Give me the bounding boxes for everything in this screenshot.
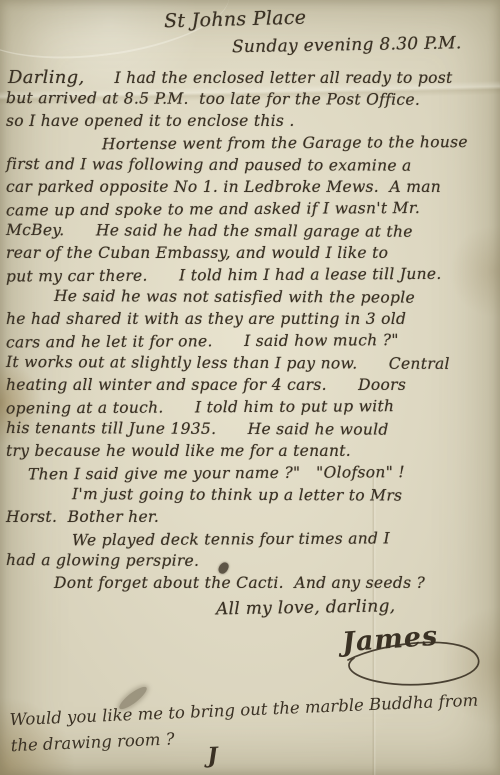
letter-line: had a glowing perspire. <box>6 549 492 573</box>
address-line: St Johns Place <box>164 2 492 33</box>
letter-line: but arrived at 8.5 P.M. too late for the… <box>6 87 492 111</box>
letter-line: rear of the Cuban Embassy, and would I l… <box>6 242 492 264</box>
letter-line: I'm just going to think up a letter to M… <box>72 483 492 507</box>
letter-line: opening at a touch. I told him to put up… <box>6 395 492 420</box>
letter-line: Hortense went from the Garage to the hou… <box>102 131 492 155</box>
letter-line: his tenants till June 1935. He said he w… <box>6 417 492 441</box>
letter-line: put my car there. I told him I had a lea… <box>6 263 492 288</box>
closing-line: All my love, darling, <box>216 595 492 620</box>
salutation: Darling, <box>8 67 85 88</box>
letter-line: cars and he let it for one. I said how m… <box>6 329 492 354</box>
letter-line: first and I was following and paused to … <box>6 153 492 177</box>
opening-row: Darling, I had the enclosed letter all r… <box>6 67 492 88</box>
letter-line: he had shared it with as they are puttin… <box>6 308 492 330</box>
letter-line: Horst. Bother her. <box>6 506 492 528</box>
postscript-initial: J <box>207 743 219 769</box>
letter-line: Dont forget about the Cacti. And any see… <box>54 572 492 594</box>
letter-line: Then I said give me your name ?" "Olofso… <box>28 461 492 486</box>
letter-line: McBey. He said he had the small garage a… <box>6 219 492 243</box>
letter-line: so I have opened it to enclose this . <box>6 110 492 132</box>
letter-line: We played deck tennis four times and I <box>72 527 492 552</box>
letter-line: heating all winter and space for 4 cars.… <box>6 374 492 396</box>
date-line: Sunday evening 8.30 P.M. <box>232 33 492 58</box>
letter-line: It works out at slightly less than I pay… <box>6 351 492 375</box>
signature-block: James <box>318 618 493 698</box>
letter-line: He said he was not satisfied with the pe… <box>54 285 492 309</box>
letter-line: try because he would like me for a tenan… <box>6 440 492 462</box>
opening-line: I had the enclosed letter all ready to p… <box>115 69 453 87</box>
letter-line: car parked opposite No 1. in Ledbroke Me… <box>6 176 492 198</box>
letter-line: came up and spoke to me and asked if I w… <box>6 197 492 222</box>
letter-page: St Johns Place Sunday evening 8.30 P.M. … <box>0 0 500 775</box>
